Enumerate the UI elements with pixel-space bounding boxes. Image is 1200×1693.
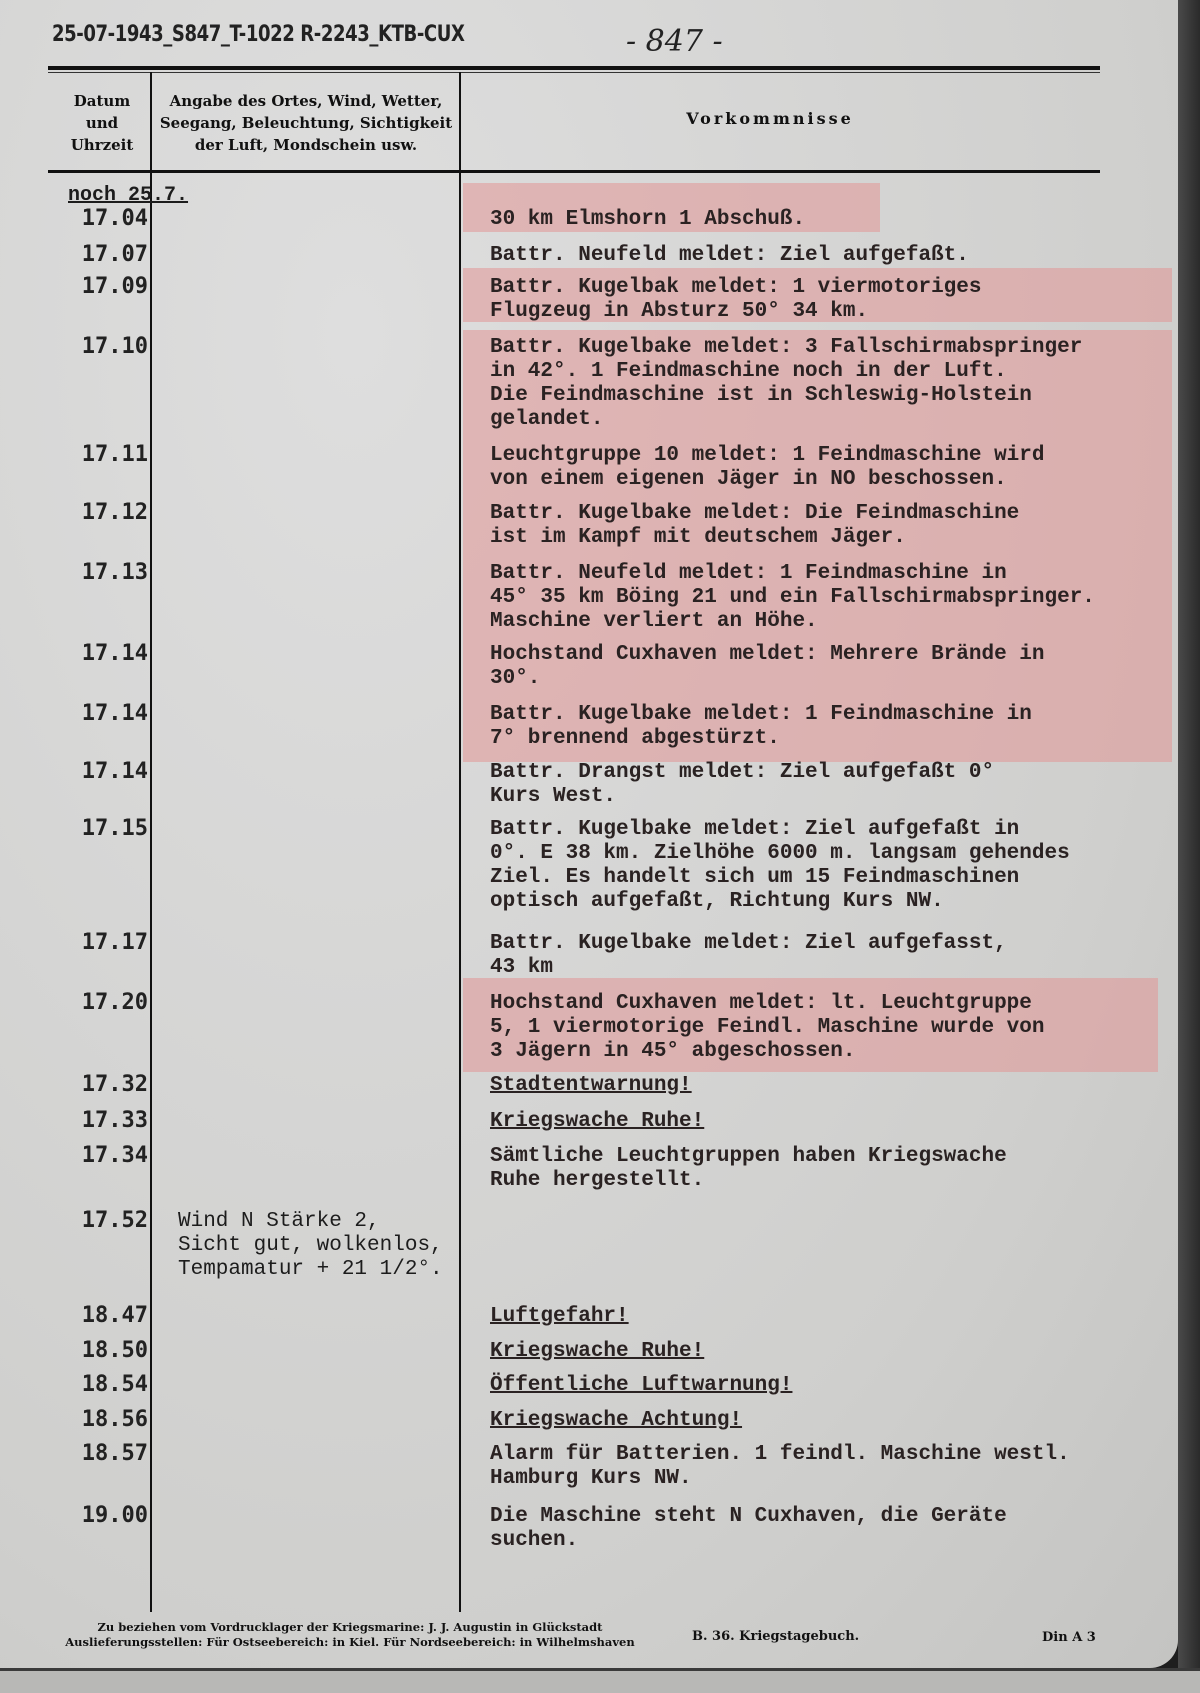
footer-publisher: Zu beziehen vom Vordrucklager der Kriegs…	[50, 1620, 650, 1650]
entry-time: 17.14	[60, 641, 148, 666]
entry-time: 17.14	[60, 701, 148, 726]
entry-event: Sämtliche Leuchtgruppen haben Kriegswach…	[490, 1145, 1180, 1193]
entry-time: 17.34	[60, 1143, 148, 1168]
column-header-events: Vorkommnisse	[620, 108, 920, 130]
entry-time: 17.33	[60, 1108, 148, 1133]
entry-time: 17.12	[60, 500, 148, 525]
entry-time: 17.11	[60, 442, 148, 467]
entry-event: Öffentliche Luftwarnung!	[490, 1374, 1180, 1398]
entry-event: Alarm für Batterien. 1 feindl. Maschine …	[490, 1443, 1180, 1491]
entry-time: 18.56	[60, 1407, 148, 1432]
footer-paper-size: Din A 3	[1042, 1630, 1096, 1645]
entry-time: 18.47	[60, 1303, 148, 1328]
entry-event: Battr. Kugelbake meldet: Die Feindmaschi…	[490, 502, 1180, 550]
entry-time: 17.20	[60, 990, 148, 1015]
entry-event: Kriegswache Achtung!	[490, 1409, 1180, 1433]
entry-event: Battr. Neufeld meldet: 1 Feindmaschine i…	[490, 562, 1180, 634]
entry-event: Hochstand Cuxhaven meldet: lt. Leuchtgru…	[490, 992, 1180, 1064]
header-rule-thin	[48, 72, 1100, 73]
entry-event: Battr. Kugelbake meldet: Ziel aufgefaßt …	[490, 818, 1180, 914]
entry-event: Stadtentwarnung!	[490, 1074, 1180, 1098]
entry-event: Kriegswache Ruhe!	[490, 1340, 1180, 1364]
column-header-date-time: Datum und Uhrzeit	[56, 90, 148, 156]
scan-edge-bottom	[0, 1668, 1200, 1693]
entry-event: Battr. Kugelbake meldet: 1 Feindmaschine…	[490, 703, 1180, 751]
entry-event: Battr. Kugelbak meldet: 1 viermotoriges …	[490, 276, 1180, 324]
entry-time: 17.07	[60, 242, 148, 267]
scan-edge-right	[1178, 0, 1200, 1693]
entry-time: 17.52	[60, 1208, 148, 1233]
entry-event: Leuchtgruppe 10 meldet: 1 Feindmaschine …	[490, 444, 1180, 492]
header-rule	[48, 66, 1100, 70]
entry-time: 18.54	[60, 1372, 148, 1397]
entry-event: Battr. Kugelbake meldet: 3 Fallschirmabs…	[490, 336, 1180, 432]
entry-time: 18.57	[60, 1441, 148, 1466]
entry-event: Luftgefahr!	[490, 1305, 1180, 1329]
document-id-label: 25-07-1943_S847_T-1022 R-2243_KTB-CUX	[52, 22, 464, 47]
entry-time: 18.50	[60, 1338, 148, 1363]
footer-form-label: B. 36. Kriegstagebuch.	[692, 1629, 859, 1644]
entry-event: Battr. Kugelbake meldet: Ziel aufgefasst…	[490, 932, 1180, 980]
entry-event: Battr. Drangst meldet: Ziel aufgefaßt 0°…	[490, 761, 1180, 809]
column-header-place-weather: Angabe des Ortes, Wind, Wetter, Seegang,…	[156, 90, 456, 156]
entry-time: 19.00	[60, 1503, 148, 1528]
entry-time: 17.04	[60, 206, 148, 231]
entry-weather: Wind N Stärke 2, Sicht gut, wolkenlos, T…	[178, 1210, 498, 1282]
document-page: 25-07-1943_S847_T-1022 R-2243_KTB-CUX - …	[0, 0, 1178, 1668]
page-number: - 847 -	[626, 24, 723, 59]
entry-time: 17.32	[60, 1072, 148, 1097]
entry-time: 17.17	[60, 930, 148, 955]
entry-time: 17.09	[60, 274, 148, 299]
entry-event: Battr. Neufeld meldet: Ziel aufgefaßt.	[490, 244, 1180, 268]
entry-event: Hochstand Cuxhaven meldet: Mehrere Bränd…	[490, 643, 1180, 691]
entry-time: 17.15	[60, 816, 148, 841]
entry-time: 17.10	[60, 334, 148, 359]
column-divider-date	[150, 72, 152, 1612]
entry-time: 17.13	[60, 560, 148, 585]
date-note: noch 25.7.	[68, 184, 188, 207]
entry-event: Kriegswache Ruhe!	[490, 1110, 1180, 1134]
column-header-rule	[48, 170, 1100, 173]
entry-event: 30 km Elmshorn 1 Abschuß.	[490, 208, 1180, 232]
column-divider-place	[459, 72, 461, 1612]
entry-time: 17.14	[60, 759, 148, 784]
entry-event: Die Maschine steht N Cuxhaven, die Gerät…	[490, 1505, 1180, 1553]
